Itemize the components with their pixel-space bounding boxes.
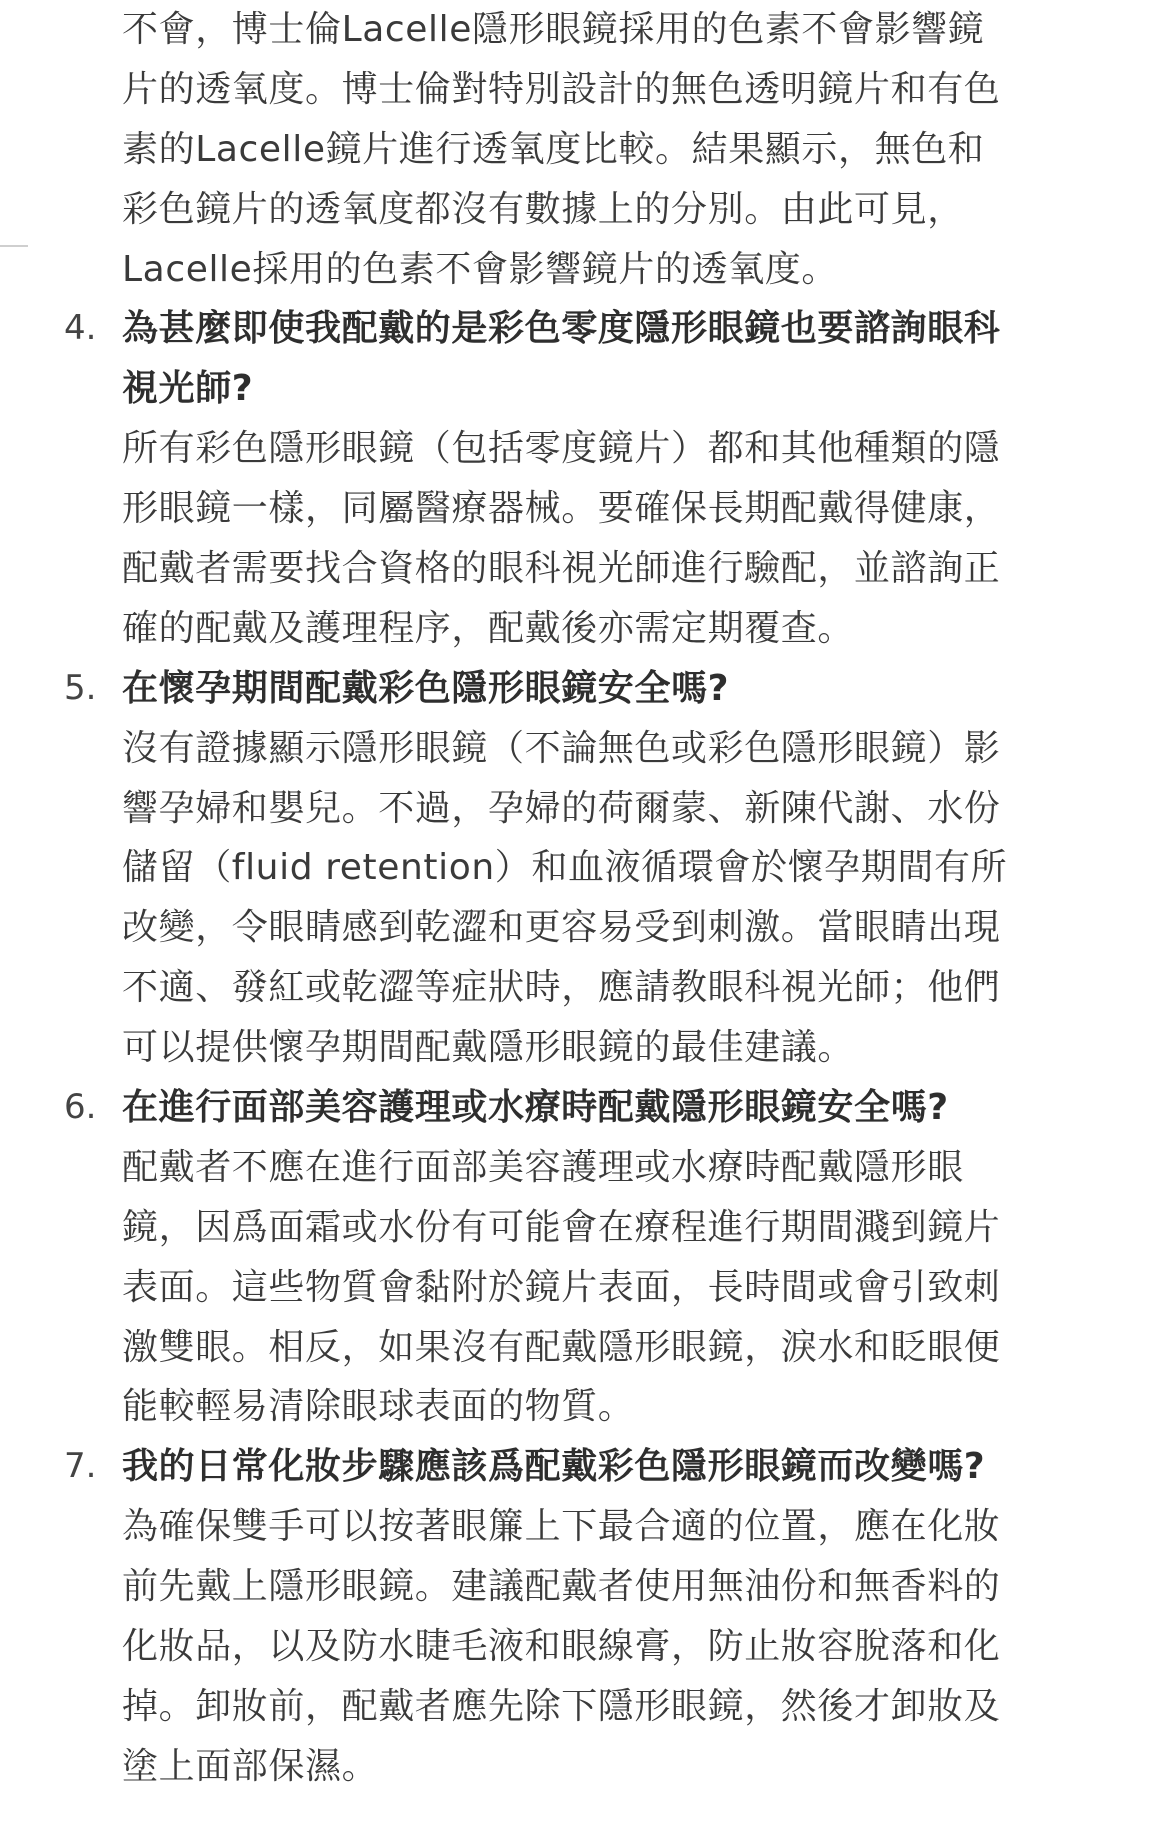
question-text: 我的日常化妝步驟應該爲配戴彩色隱形眼鏡而改變嗎? <box>122 1437 985 1497</box>
answer-line: 儲留（fluid retention）和血液循環會於懷孕期間有所 <box>0 838 1170 898</box>
answer-line: 不會，博士倫Lacelle隱形眼鏡採用的色素不會影響鏡 <box>0 0 1170 60</box>
question-line: 視光師? <box>0 359 1170 419</box>
answer-line: 片的透氧度。博士倫對特別設計的無色透明鏡片和有色 <box>0 60 1170 120</box>
answer-line: 沒有證據顯示隱形眼鏡（不論無色或彩色隱形眼鏡）影 <box>0 719 1170 779</box>
faq-item-5: 5. 在懷孕期間配戴彩色隱形眼鏡安全嗎? 沒有證據顯示隱形眼鏡（不論無色或彩色隱… <box>0 659 1170 1078</box>
answer-line: Lacelle採用的色素不會影響鏡片的透氧度。 <box>0 240 1170 300</box>
list-number: 4. <box>64 299 96 359</box>
question-text: 視光師? <box>122 359 253 419</box>
answer-line: 不適、發紅或乾澀等症狀時，應請教眼科視光師；他們 <box>0 958 1170 1018</box>
intro-answer: 不會，博士倫Lacelle隱形眼鏡採用的色素不會影響鏡 片的透氧度。博士倫對特別… <box>0 0 1170 299</box>
answer-line: 可以提供懷孕期間配戴隱形眼鏡的最佳建議。 <box>0 1018 1170 1078</box>
answer-line: 素的Lacelle鏡片進行透氧度比較。結果顯示，無色和 <box>0 120 1170 180</box>
question-line: 6. 在進行面部美容護理或水療時配戴隱形眼鏡安全嗎? <box>0 1078 1170 1138</box>
question-line: 7. 我的日常化妝步驟應該爲配戴彩色隱形眼鏡而改變嗎? <box>0 1437 1170 1497</box>
question-line: 4. 為甚麼即使我配戴的是彩色零度隱形眼鏡也要諮詢眼科 <box>0 299 1170 359</box>
list-number: 7. <box>64 1437 96 1497</box>
answer-line: 塗上面部保濕。 <box>0 1737 1170 1797</box>
answer-line: 所有彩色隱形眼鏡（包括零度鏡片）都和其他種類的隱 <box>0 419 1170 479</box>
faq-item-4: 4. 為甚麼即使我配戴的是彩色零度隱形眼鏡也要諮詢眼科 視光師? 所有彩色隱形眼… <box>0 299 1170 658</box>
answer-line: 改變，令眼睛感到乾澀和更容易受到刺激。當眼睛出現 <box>0 898 1170 958</box>
answer-line: 確的配戴及護理程序，配戴後亦需定期覆查。 <box>0 599 1170 659</box>
answer-line: 激雙眼。相反，如果沒有配戴隱形眼鏡，淚水和眨眼便 <box>0 1318 1170 1378</box>
answer-line: 為確保雙手可以按著眼簾上下最合適的位置，應在化妝 <box>0 1497 1170 1557</box>
faq-item-7: 7. 我的日常化妝步驟應該爲配戴彩色隱形眼鏡而改變嗎? 為確保雙手可以按著眼簾上… <box>0 1437 1170 1796</box>
answer-line: 響孕婦和嬰兒。不過，孕婦的荷爾蒙、新陳代謝、水份 <box>0 779 1170 839</box>
answer-line: 配戴者需要找合資格的眼科視光師進行驗配，並諮詢正 <box>0 539 1170 599</box>
question-text: 在進行面部美容護理或水療時配戴隱形眼鏡安全嗎? <box>122 1078 949 1138</box>
list-number: 5. <box>64 659 96 719</box>
answer-line: 能較輕易清除眼球表面的物質。 <box>0 1377 1170 1437</box>
question-text: 為甚麼即使我配戴的是彩色零度隱形眼鏡也要諮詢眼科 <box>122 299 1000 359</box>
answer-line: 化妝品，以及防水睫毛液和眼線膏，防止妝容脫落和化 <box>0 1617 1170 1677</box>
question-text: 在懷孕期間配戴彩色隱形眼鏡安全嗎? <box>122 659 729 719</box>
list-number: 6. <box>64 1078 96 1138</box>
answer-line: 掉。卸妝前，配戴者應先除下隱形眼鏡，然後才卸妝及 <box>0 1677 1170 1737</box>
answer-line: 前先戴上隱形眼鏡。建議配戴者使用無油份和無香料的 <box>0 1557 1170 1617</box>
answer-line: 鏡，因爲面霜或水份有可能會在療程進行期間濺到鏡片 <box>0 1198 1170 1258</box>
answer-line: 配戴者不應在進行面部美容護理或水療時配戴隱形眼 <box>0 1138 1170 1198</box>
faq-content: 不會，博士倫Lacelle隱形眼鏡採用的色素不會影響鏡 片的透氧度。博士倫對特別… <box>0 0 1170 1797</box>
faq-item-6: 6. 在進行面部美容護理或水療時配戴隱形眼鏡安全嗎? 配戴者不應在進行面部美容護… <box>0 1078 1170 1437</box>
answer-line: 表面。這些物質會黏附於鏡片表面，長時間或會引致刺 <box>0 1258 1170 1318</box>
answer-line: 彩色鏡片的透氧度都沒有數據上的分別。由此可見， <box>0 180 1170 240</box>
question-line: 5. 在懷孕期間配戴彩色隱形眼鏡安全嗎? <box>0 659 1170 719</box>
answer-line: 形眼鏡一樣，同屬醫療器械。要確保長期配戴得健康， <box>0 479 1170 539</box>
